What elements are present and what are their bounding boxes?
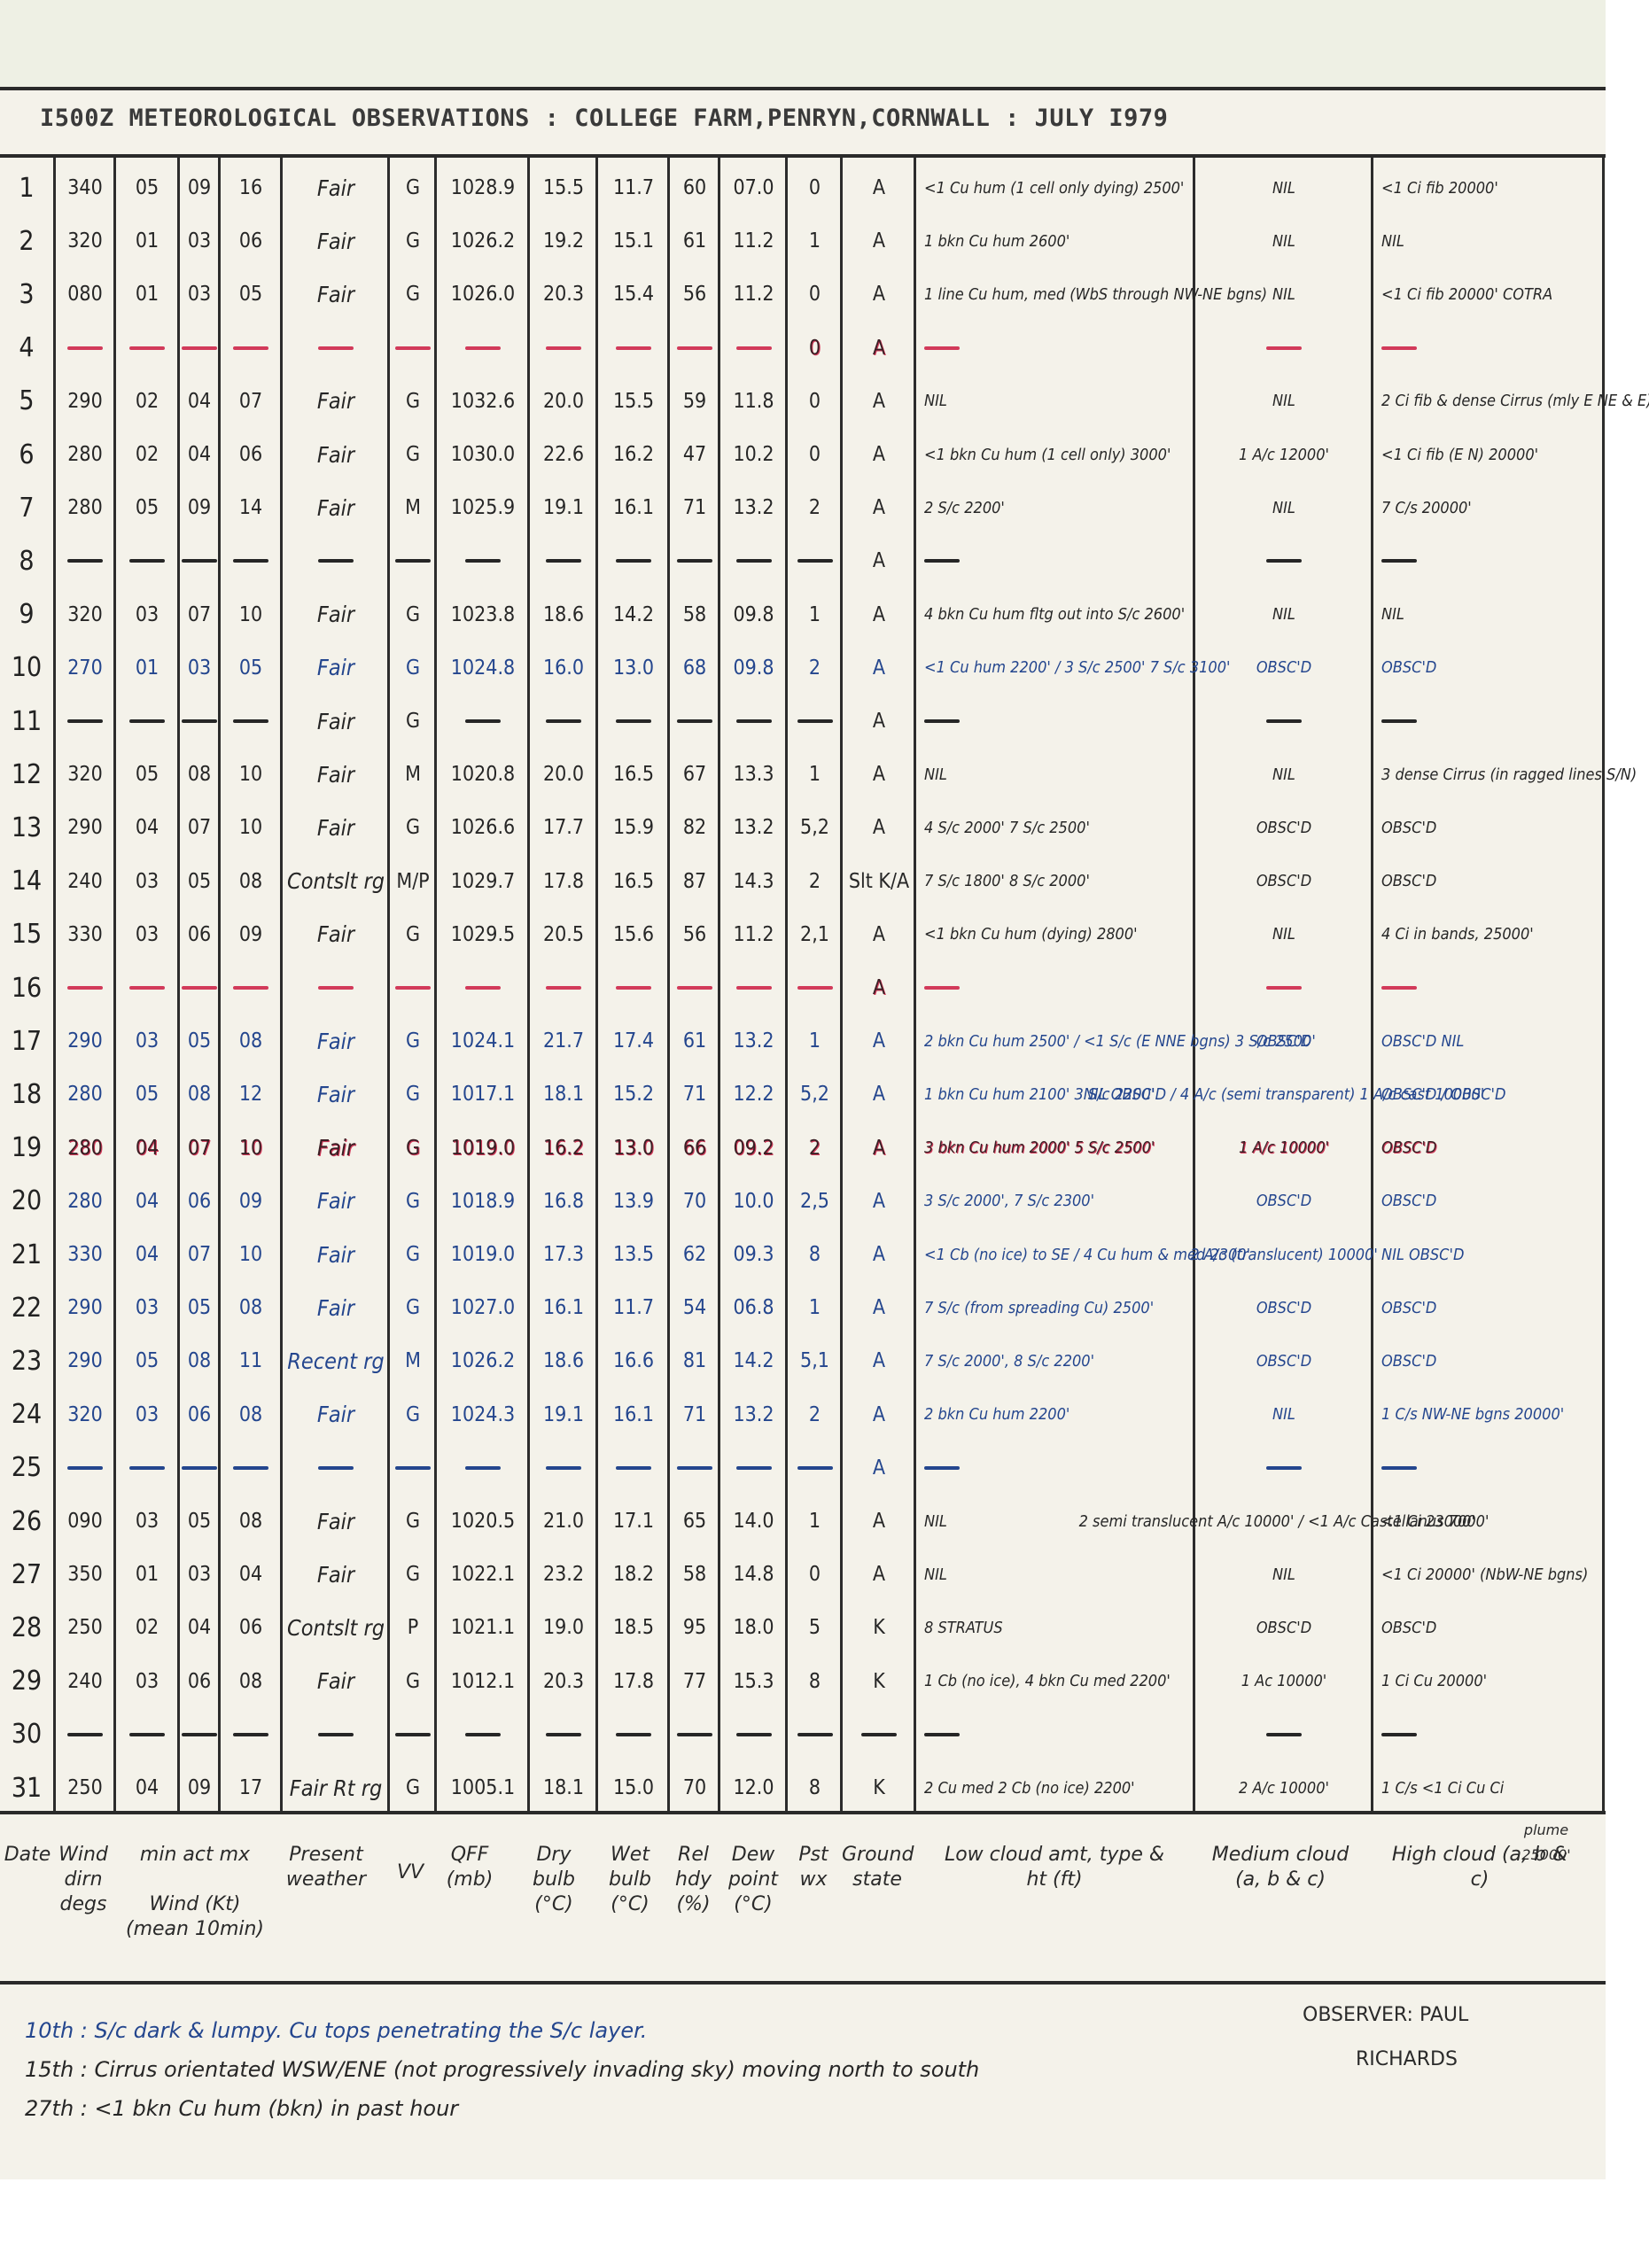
cell-dew: 14.2 xyxy=(721,1334,786,1387)
observer-signature: OBSERVER: PAUL RICHARDS xyxy=(1303,1993,1468,2082)
cell-dew: 14.0 xyxy=(721,1495,786,1548)
cell-low: <1 Cu hum 2200' / 3 S/c 2500' 7 S/c 3100… xyxy=(917,641,1201,695)
cell-qff: 1029.5 xyxy=(438,908,528,961)
blank-dash xyxy=(797,719,833,723)
cell-ground: A xyxy=(844,801,914,854)
cell-pst: 1 xyxy=(789,1495,841,1548)
cell-pst: 0 xyxy=(789,268,841,321)
cell-dir: 290 xyxy=(56,1334,114,1387)
cell-pst xyxy=(789,1441,841,1495)
blank-dash xyxy=(129,346,165,350)
cell-ground: A xyxy=(844,375,914,428)
cell-medium xyxy=(1196,961,1372,1014)
cell-dir: 240 xyxy=(56,855,114,908)
cell-medium: NIL OBSC'D / 4 A/c (semi transparent) 1 … xyxy=(1196,1068,1372,1121)
rule-footer xyxy=(0,1981,1606,1984)
cell-wmean: 03 xyxy=(180,641,219,695)
cell-qff: 1024.1 xyxy=(438,1014,528,1068)
cell-vv: G xyxy=(391,1175,435,1228)
cell-pst: 8 xyxy=(789,1761,841,1814)
observation-row: 40A xyxy=(0,322,1606,375)
blank-dash xyxy=(465,719,501,723)
cell-high xyxy=(1374,695,1610,748)
blank-dash xyxy=(318,1733,354,1736)
cell-wmean: 04 xyxy=(180,1601,219,1654)
cell-date: 19 xyxy=(0,1122,53,1175)
cell-date: 1 xyxy=(0,161,53,214)
cell-dry: 20.3 xyxy=(531,268,596,321)
cell-medium: 1 Ac 10000' xyxy=(1196,1655,1372,1708)
cell-wx: Fair xyxy=(284,1228,388,1281)
cell-pst: 1 xyxy=(789,214,841,268)
cell-wet: 15.9 xyxy=(599,801,668,854)
cell-high: OBSC'D NIL xyxy=(1374,1014,1610,1068)
cell-low: 7 S/c (from spreading Cu) 2500' xyxy=(917,1281,1201,1334)
blank-dash xyxy=(318,1466,354,1470)
cell-rh xyxy=(671,1441,719,1495)
cell-dir: 080 xyxy=(56,268,114,321)
blank-dash xyxy=(465,559,501,563)
cell-dew: 11.8 xyxy=(721,375,786,428)
cell-dir: 350 xyxy=(56,1548,114,1601)
cell-date: 9 xyxy=(0,588,53,641)
cell-vv: G xyxy=(391,1068,435,1121)
cell-qff xyxy=(438,1441,528,1495)
cell-wmean: 07 xyxy=(180,588,219,641)
cell-vv: M/P xyxy=(391,855,435,908)
blank-dash xyxy=(546,1466,581,1470)
blank-dash xyxy=(395,346,431,350)
cell-wet: 15.4 xyxy=(599,268,668,321)
observation-row: 11FairGA xyxy=(0,695,1606,748)
cell-dry: 21.7 xyxy=(531,1014,596,1068)
blank-dash xyxy=(1381,559,1417,563)
cell-dew: 13.2 xyxy=(721,481,786,534)
cell-pst: 5 xyxy=(789,1601,841,1654)
blank-dash xyxy=(67,986,103,990)
cell-ground: K xyxy=(844,1601,914,1654)
observation-row: 24320030608FairG1024.319.116.17113.22A2 … xyxy=(0,1388,1606,1441)
cell-wmean xyxy=(180,1441,219,1495)
cell-medium: OBSC'D xyxy=(1196,801,1372,854)
observation-row: 5290020407FairG1032.620.015.55911.80ANIL… xyxy=(0,375,1606,428)
cell-wx xyxy=(284,1441,388,1495)
cell-ground: A xyxy=(844,1014,914,1068)
cell-pst: 2,5 xyxy=(789,1175,841,1228)
cell-dew: 12.2 xyxy=(721,1068,786,1121)
cell-wmean: 04 xyxy=(180,428,219,481)
cell-date: 17 xyxy=(0,1014,53,1068)
blank-dash xyxy=(129,1733,165,1736)
blank-dash xyxy=(1266,719,1302,723)
cell-high: OBSC'D / OBSC'D xyxy=(1374,1068,1610,1121)
blank-dash xyxy=(924,986,960,990)
cell-wmax: 06 xyxy=(221,428,281,481)
blank-dash xyxy=(182,1733,217,1736)
cell-ground: A xyxy=(844,534,914,587)
blank-dash xyxy=(395,986,431,990)
cell-wmax xyxy=(221,534,281,587)
cell-high: OBSC'D xyxy=(1374,1281,1610,1334)
cell-vv: G xyxy=(391,1122,435,1175)
cell-date: 8 xyxy=(0,534,53,587)
cell-medium: OBSC'D xyxy=(1196,1334,1372,1387)
cell-wx: Fair xyxy=(284,481,388,534)
cell-pst: 1 xyxy=(789,588,841,641)
observation-row: 30 xyxy=(0,1708,1606,1761)
cell-medium: NIL xyxy=(1196,268,1372,321)
cell-wx: Fair xyxy=(284,588,388,641)
cell-wmean xyxy=(180,1708,219,1761)
cell-dir: 340 xyxy=(56,161,114,214)
observation-row: 12320050810FairM1020.820.016.56713.31ANI… xyxy=(0,748,1606,801)
cell-vv: G xyxy=(391,588,435,641)
cell-qff: 1029.7 xyxy=(438,855,528,908)
cell-high: OBSC'D xyxy=(1374,641,1610,695)
cell-wet: 13.9 xyxy=(599,1175,668,1228)
cell-dew xyxy=(721,534,786,587)
cell-ground: A xyxy=(844,1388,914,1441)
observation-row: 10270010305FairG1024.816.013.06809.82A<1… xyxy=(0,641,1606,695)
cell-high: OBSC'D xyxy=(1374,1334,1610,1387)
blank-dash xyxy=(182,346,217,350)
cell-wmax: 08 xyxy=(221,1495,281,1548)
cell-medium: 2 semi translucent A/c 10000' / <1 A/c C… xyxy=(1196,1495,1372,1548)
blank-dash xyxy=(465,1466,501,1470)
cell-vv: G xyxy=(391,1655,435,1708)
cell-wx: Fair xyxy=(284,1655,388,1708)
cell-rh: 81 xyxy=(671,1334,719,1387)
observation-row: 14240030508Contslt rgM/P1029.717.816.587… xyxy=(0,855,1606,908)
cell-high: <1 Ci fib 20000' xyxy=(1374,161,1610,214)
cell-wx: Fair xyxy=(284,908,388,961)
cell-low: 8 STRATUS xyxy=(917,1601,1201,1654)
cell-dry: 17.8 xyxy=(531,855,596,908)
cell-vv: G xyxy=(391,1014,435,1068)
blank-dash xyxy=(1381,986,1417,990)
footer-head-dir: Wind dirn degs xyxy=(57,1843,110,1917)
cell-wmean: 09 xyxy=(180,481,219,534)
blank-dash xyxy=(233,1733,268,1736)
cell-medium: OBSC'D xyxy=(1196,1014,1372,1068)
cell-qff: 1030.0 xyxy=(438,428,528,481)
cell-wmax: 17 xyxy=(221,1761,281,1814)
cell-qff: 1022.1 xyxy=(438,1548,528,1601)
footer-head-wet: Wet bulb (°C) xyxy=(599,1843,661,1917)
cell-medium xyxy=(1196,695,1372,748)
blank-dash xyxy=(616,1733,651,1736)
cell-rh: 58 xyxy=(671,588,719,641)
cell-wmax: 08 xyxy=(221,1655,281,1708)
cell-dry: 19.0 xyxy=(531,1601,596,1654)
cell-rh: 70 xyxy=(671,1761,719,1814)
cell-wmean: 07 xyxy=(180,1228,219,1281)
cell-wmax: 05 xyxy=(221,268,281,321)
cell-dry: 15.5 xyxy=(531,161,596,214)
remark-27th: 27th : <1 bkn Cu hum (bkn) in past hour xyxy=(25,2089,979,2128)
footer-head-high-note: plume 25000' xyxy=(1515,1818,1577,1868)
cell-dew: 12.0 xyxy=(721,1761,786,1814)
cell-vv: G xyxy=(391,1228,435,1281)
cell-ground: A xyxy=(844,588,914,641)
blank-dash xyxy=(129,1466,165,1470)
blank-dash xyxy=(797,986,833,990)
cell-dir: 270 xyxy=(56,641,114,695)
cell-rh xyxy=(671,961,719,1014)
cell-pst: 2,1 xyxy=(789,908,841,961)
cell-wmean: 04 xyxy=(180,375,219,428)
cell-pst xyxy=(789,534,841,587)
blank-dash xyxy=(736,559,772,563)
cell-qff: 1026.2 xyxy=(438,1334,528,1387)
cell-high: OBSC'D xyxy=(1374,855,1610,908)
cell-low: <1 bkn Cu hum (dying) 2800' xyxy=(917,908,1201,961)
cell-ground: A xyxy=(844,695,914,748)
cell-wet: 14.2 xyxy=(599,588,668,641)
cell-wet: 17.4 xyxy=(599,1014,668,1068)
footer-head-dry: Dry bulb (°C) xyxy=(523,1843,585,1917)
cell-wmax: 09 xyxy=(221,1175,281,1228)
blank-dash xyxy=(233,986,268,990)
cell-qff: 1023.8 xyxy=(438,588,528,641)
cell-ground: A xyxy=(844,641,914,695)
sheet-top-margin xyxy=(0,0,1606,89)
cell-wmin: 03 xyxy=(116,1655,178,1708)
cell-wmax: 09 xyxy=(221,908,281,961)
blank-dash xyxy=(677,1466,712,1470)
cell-dry: 22.6 xyxy=(531,428,596,481)
footer-head-rh: Rel hdy (%) xyxy=(669,1843,718,1917)
cell-low: 3 S/c 2000', 7 S/c 2300' xyxy=(917,1175,1201,1228)
cell-vv: G xyxy=(391,161,435,214)
cell-wx: Fair xyxy=(284,695,388,748)
cell-wet: 17.8 xyxy=(599,1655,668,1708)
cell-high: 2 Ci fib & dense Cirrus (mly E NE & E) xyxy=(1374,375,1610,428)
cell-pst: 8 xyxy=(789,1228,841,1281)
cell-vv: M xyxy=(391,748,435,801)
cell-wmax: 08 xyxy=(221,1014,281,1068)
cell-date: 7 xyxy=(0,481,53,534)
cell-low xyxy=(917,1708,1201,1761)
cell-date: 21 xyxy=(0,1228,53,1281)
cell-dew: 13.2 xyxy=(721,1388,786,1441)
cell-wet: 16.5 xyxy=(599,855,668,908)
cell-qff: 1021.1 xyxy=(438,1601,528,1654)
observation-row: 6280020406FairG1030.022.616.24710.20A<1 … xyxy=(0,428,1606,481)
cell-pst xyxy=(789,695,841,748)
observation-row: 23290050811Recent rgM1026.218.616.68114.… xyxy=(0,1334,1606,1387)
cell-dew: 11.2 xyxy=(721,908,786,961)
blank-dash xyxy=(318,986,354,990)
cell-low: NIL xyxy=(917,748,1201,801)
cell-rh: 95 xyxy=(671,1601,719,1654)
cell-dew: 14.8 xyxy=(721,1548,786,1601)
cell-pst: 2 xyxy=(789,481,841,534)
cell-ground: A xyxy=(844,161,914,214)
blank-dash xyxy=(924,719,960,723)
cell-wet: 16.6 xyxy=(599,1334,668,1387)
cell-dew xyxy=(721,961,786,1014)
cell-dry: 21.0 xyxy=(531,1495,596,1548)
cell-wet: 11.7 xyxy=(599,161,668,214)
cell-rh: 82 xyxy=(671,801,719,854)
cell-high: OBSC'D xyxy=(1374,1122,1610,1175)
cell-wmin: 05 xyxy=(116,1334,178,1387)
remark-15th: 15th : Cirrus orientated WSW/ENE (not pr… xyxy=(25,2050,979,2089)
cell-dew: 13.2 xyxy=(721,1014,786,1068)
cell-dry: 20.0 xyxy=(531,375,596,428)
cell-rh xyxy=(671,322,719,375)
cell-date: 23 xyxy=(0,1334,53,1387)
cell-ground: A xyxy=(844,428,914,481)
cell-date: 28 xyxy=(0,1601,53,1654)
observation-row: 8A xyxy=(0,534,1606,587)
cell-vv: G xyxy=(391,214,435,268)
blank-dash xyxy=(233,346,268,350)
blank-dash xyxy=(182,1466,217,1470)
cell-vv xyxy=(391,322,435,375)
cell-qff: 1032.6 xyxy=(438,375,528,428)
blank-dash xyxy=(616,719,651,723)
cell-qff: 1019.0 xyxy=(438,1122,528,1175)
blank-dash xyxy=(395,1466,431,1470)
cell-wmax: 08 xyxy=(221,855,281,908)
footer-head-medium: Medium cloud (a, b & c) xyxy=(1196,1843,1365,1892)
cell-dry xyxy=(531,1708,596,1761)
cell-date: 30 xyxy=(0,1708,53,1761)
remarks: 10th : S/c dark & lumpy. Cu tops penetra… xyxy=(25,2011,979,2128)
cell-dew: 15.3 xyxy=(721,1655,786,1708)
cell-dew: 13.2 xyxy=(721,801,786,854)
cell-date: 6 xyxy=(0,428,53,481)
blank-dash xyxy=(318,346,354,350)
cell-dry xyxy=(531,322,596,375)
blank-dash xyxy=(616,986,651,990)
cell-medium: NIL xyxy=(1196,908,1372,961)
observation-row: 19280040710FairG1019.016.213.06609.22A3 … xyxy=(0,1122,1606,1175)
cell-vv xyxy=(391,1708,435,1761)
cell-dry: 17.3 xyxy=(531,1228,596,1281)
cell-wx: Fair xyxy=(284,1014,388,1068)
cell-qff: 1026.6 xyxy=(438,801,528,854)
cell-wet: 13.5 xyxy=(599,1228,668,1281)
cell-wmean: 09 xyxy=(180,161,219,214)
cell-dir: 290 xyxy=(56,1281,114,1334)
cell-medium: NIL xyxy=(1196,214,1372,268)
cell-dir: 330 xyxy=(56,1228,114,1281)
cell-wmin: 03 xyxy=(116,1014,178,1068)
cell-rh: 60 xyxy=(671,161,719,214)
blank-dash xyxy=(233,1466,268,1470)
cell-vv xyxy=(391,534,435,587)
blank-dash xyxy=(736,1733,772,1736)
cell-rh: 87 xyxy=(671,855,719,908)
cell-wet xyxy=(599,695,668,748)
cell-vv: G xyxy=(391,908,435,961)
blank-dash xyxy=(677,719,712,723)
cell-low: 2 bkn Cu hum 2500' / <1 S/c (E NNE bgns)… xyxy=(917,1014,1201,1068)
cell-dir: 290 xyxy=(56,1014,114,1068)
observation-row: 25A xyxy=(0,1441,1606,1495)
cell-dir xyxy=(56,1708,114,1761)
cell-dew: 09.3 xyxy=(721,1228,786,1281)
cell-wmin: 03 xyxy=(116,588,178,641)
blank-dash xyxy=(546,1733,581,1736)
remark-10th: 10th : S/c dark & lumpy. Cu tops penetra… xyxy=(25,2011,979,2050)
cell-date: 20 xyxy=(0,1175,53,1228)
blank-dash xyxy=(129,986,165,990)
footer-head-ground: Ground state xyxy=(842,1843,913,1892)
cell-high: 1 Ci Cu 20000' xyxy=(1374,1655,1610,1708)
cell-wet xyxy=(599,961,668,1014)
cell-dir: 250 xyxy=(56,1601,114,1654)
cell-medium: OBSC'D xyxy=(1196,1175,1372,1228)
cell-dry xyxy=(531,961,596,1014)
cell-dry: 20.0 xyxy=(531,748,596,801)
observation-row: 16A xyxy=(0,961,1606,1014)
cell-dry: 18.1 xyxy=(531,1068,596,1121)
observation-row: 1340050916FairG1028.915.511.76007.00A<1 … xyxy=(0,161,1606,214)
cell-low: 7 S/c 2000', 8 S/c 2200' xyxy=(917,1334,1201,1387)
observation-row: 17290030508FairG1024.121.717.46113.21A2 … xyxy=(0,1014,1606,1068)
cell-rh: 77 xyxy=(671,1655,719,1708)
cell-rh: 56 xyxy=(671,908,719,961)
cell-vv: G xyxy=(391,375,435,428)
cell-pst: 0 xyxy=(789,428,841,481)
cell-vv: M xyxy=(391,481,435,534)
cell-dir: 330 xyxy=(56,908,114,961)
observer-last-name: RICHARDS xyxy=(1303,2038,1468,2082)
cell-wx xyxy=(284,1708,388,1761)
cell-date: 5 xyxy=(0,375,53,428)
cell-date: 22 xyxy=(0,1281,53,1334)
observation-row: 18280050812FairG1017.118.115.27112.25,2A… xyxy=(0,1068,1606,1121)
cell-low: 2 bkn Cu hum 2200' xyxy=(917,1388,1201,1441)
cell-medium: NIL xyxy=(1196,481,1372,534)
rule-table-bottom xyxy=(0,1811,1606,1814)
cell-dry: 16.8 xyxy=(531,1175,596,1228)
footer-head-vv: VV xyxy=(388,1860,432,1885)
cell-wmin: 05 xyxy=(116,748,178,801)
cell-wx: Fair xyxy=(284,1388,388,1441)
cell-wmax: 10 xyxy=(221,801,281,854)
observation-row: 9320030710FairG1023.818.614.25809.81A4 b… xyxy=(0,588,1606,641)
cell-wmin: 04 xyxy=(116,801,178,854)
cell-ground: Slt K/A xyxy=(844,855,914,908)
cell-dir: 320 xyxy=(56,588,114,641)
cell-dew: 09.2 xyxy=(721,1122,786,1175)
blank-dash xyxy=(1266,1466,1302,1470)
cell-wet: 13.0 xyxy=(599,1122,668,1175)
cell-wx: Fair Rt rg xyxy=(284,1761,388,1814)
cell-pst: 1 xyxy=(789,748,841,801)
cell-pst: 5,2 xyxy=(789,1068,841,1121)
cell-wmax: 10 xyxy=(221,1122,281,1175)
cell-wmean: 03 xyxy=(180,1548,219,1601)
cell-wmean: 03 xyxy=(180,268,219,321)
cell-pst: 0 xyxy=(789,161,841,214)
blank-dash xyxy=(616,346,651,350)
blank-dash xyxy=(318,559,354,563)
cell-ground: A xyxy=(844,1548,914,1601)
cell-low: 7 S/c 1800' 8 S/c 2000' xyxy=(917,855,1201,908)
observation-row: 2320010306FairG1026.219.215.16111.21A1 b… xyxy=(0,214,1606,268)
cell-wmean: 05 xyxy=(180,855,219,908)
cell-vv: G xyxy=(391,1548,435,1601)
cell-wmin: 05 xyxy=(116,1068,178,1121)
blank-dash xyxy=(736,986,772,990)
cell-pst: 8 xyxy=(789,1655,841,1708)
